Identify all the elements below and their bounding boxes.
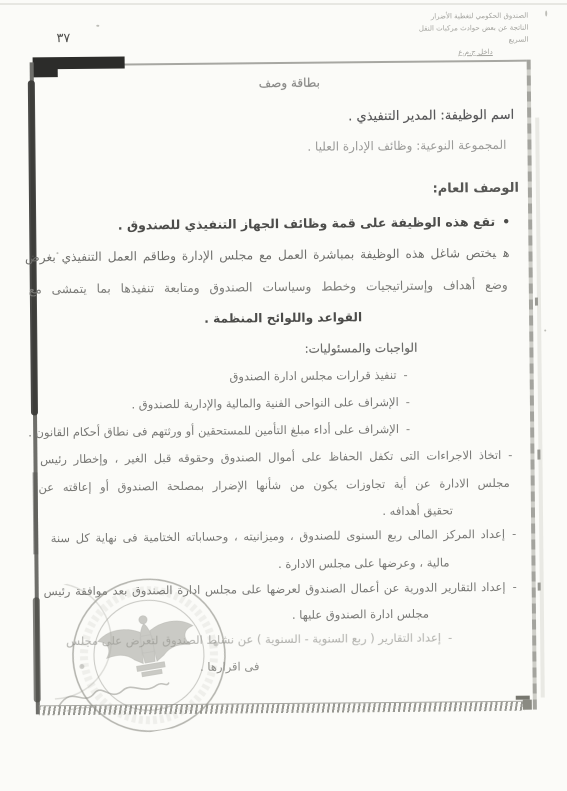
duty-text: تنفيذ قرارات مجلس ادارة الصندوق <box>229 368 396 384</box>
scanned-document-page: ٣٧ الصندوق الحكومي لتغطية الأضرار الناتج… <box>0 0 567 791</box>
dash-marker: - <box>406 395 410 409</box>
dash-marker: - <box>403 368 407 382</box>
duty-text: اتخاذ الاجراءات التى تكفل الحفاظ على أمو… <box>40 448 501 466</box>
document-title: بطاقة وصف <box>227 75 352 91</box>
dash-marker: - <box>508 448 512 462</box>
dash-marker: - <box>406 422 410 436</box>
dash-marker: - <box>512 527 516 541</box>
letterhead-line-3: داخل ج.م.ع <box>409 46 529 59</box>
general-bullet-2-line-3: القواعد واللوائح المنظمة . <box>204 310 362 327</box>
general-bullet-1: •تقع هذه الوظيفة على قمة وظائف الجهاز ال… <box>118 214 511 233</box>
duty-item-4-line-3: تحقيق أهدافه . <box>382 503 453 518</box>
general-bullet-2-line-2: وضع أهداف وإستراتيجيات وخطط وسياسات الصن… <box>29 278 508 298</box>
official-eagle-stamp-icon <box>36 556 260 747</box>
bullet-marker: ه <box>503 246 510 260</box>
general-description-heading: الوصف العام: <box>432 181 518 198</box>
frame-bottom-right-corner <box>523 700 532 710</box>
dash-marker: - <box>448 630 452 644</box>
duties-heading: الواجبات والمسئوليات: <box>304 341 417 357</box>
page-sheet: ٣٧ الصندوق الحكومي لتغطية الأضرار الناتج… <box>0 0 567 791</box>
duty-item-4-line-1: -اتخاذ الاجراءات التى تكفل الحفاظ على أم… <box>40 448 513 467</box>
scan-noise-mark <box>538 583 541 591</box>
job-title-line: اسم الوظيفة: المدير التنفيذي . <box>348 108 514 126</box>
frame-left-dark-band <box>33 472 39 554</box>
handwritten-signature-icon <box>53 675 173 716</box>
frame-top-left-corner-step <box>33 67 58 77</box>
scan-edge-shadow <box>535 118 545 698</box>
duty-item-3: -الإشراف على أداء مبلغ التأمين للمستحقين… <box>28 422 410 440</box>
scan-noise-speck <box>96 25 99 27</box>
duty-text: إعداد المركز المالى ربع السنوى للصندوق ،… <box>51 527 505 545</box>
general-bullet-2-text: يختص شاغل هذه الوظيفة بمباشرة العمل مع م… <box>25 246 496 265</box>
frame-left-dark-band <box>28 80 38 415</box>
duty-text: الإشراف على النواحى الفنية والمالية والإ… <box>131 395 398 412</box>
scan-noise-mark <box>535 298 538 306</box>
general-bullet-2-line-1: هيختص شاغل هذه الوظيفة بمباشرة العمل مع … <box>25 246 510 266</box>
scan-noise-speck <box>545 10 547 16</box>
dash-marker: - <box>512 580 516 594</box>
bullet-marker: • <box>502 214 510 229</box>
letterhead: الصندوق الحكومي لتغطية الأضرار الناتجة ع… <box>408 10 528 59</box>
duty-item-6-line-2: مجلس ادارة الصندوق عليها . <box>292 607 429 623</box>
duty-item-4-line-2: مجلس الادارة عن أية تجاوزات يكون من شأنه… <box>38 476 509 495</box>
letterhead-line-2: الناتجة عن بعض حوادث مركبات النقل السريع <box>408 22 528 47</box>
eagle-emblem <box>95 608 200 683</box>
duty-item-5-line-1: -إعداد المركز المالى ربع السنوى للصندوق … <box>51 527 517 546</box>
scan-noise-mark <box>537 450 540 460</box>
job-group-line: المجموعة النوعية: وظائف الإدارة العليا . <box>307 138 506 155</box>
duty-text: الإشراف على أداء مبلغ التأمين للمستحقين … <box>28 422 399 440</box>
scan-noise-speck <box>544 329 546 331</box>
duty-item-1: -تنفيذ قرارات مجلس ادارة الصندوق <box>229 368 407 384</box>
page-number: ٣٧ <box>56 31 70 47</box>
duty-item-5-line-2: مالية ، وعرضها على مجلس الادارة . <box>278 555 450 571</box>
duty-item-2: -الإشراف على النواحى الفنية والمالية وال… <box>131 395 410 412</box>
general-bullet-1-text: تقع هذه الوظيفة على قمة وظائف الجهاز الت… <box>118 214 496 233</box>
